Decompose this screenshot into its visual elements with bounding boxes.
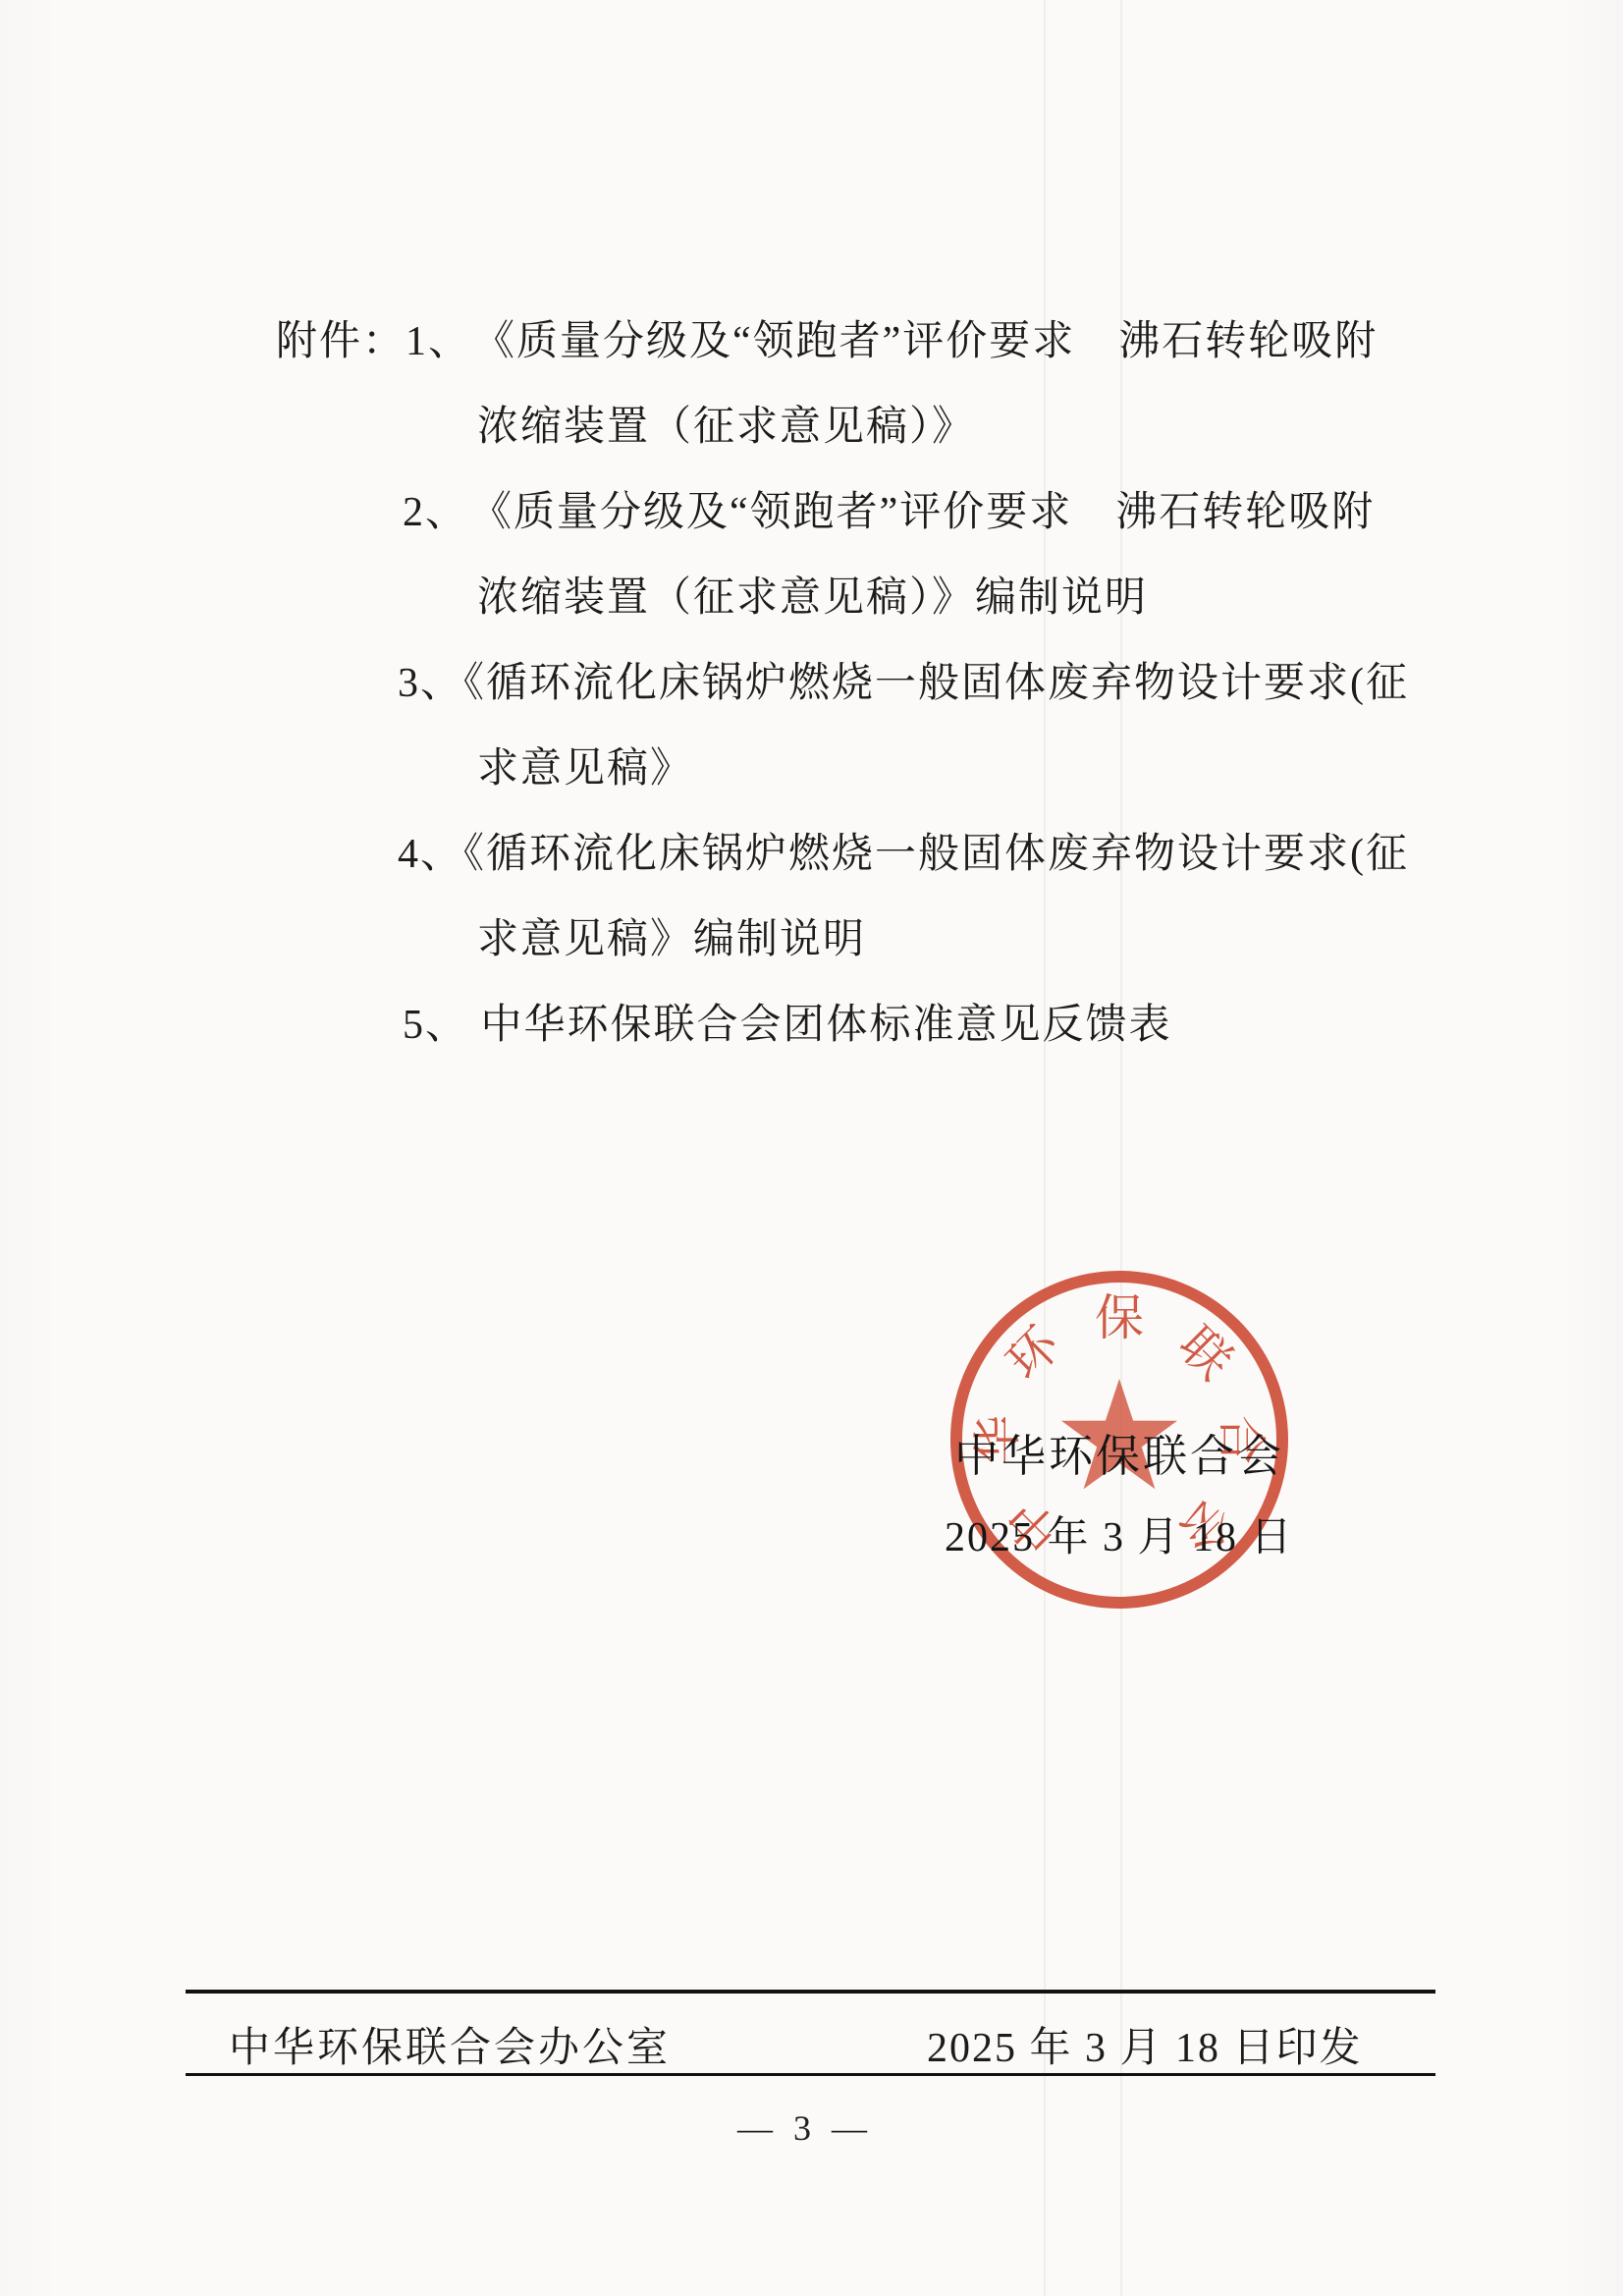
document-page: 附件：1、 《质量分级及“领跑者”评价要求 沸石转轮吸附 浓缩装置（征求意见稿）… [0,0,1623,2296]
attachment-line: 5、 中华环保联合会团体标准意见反馈表 [403,1005,1172,1046]
attachment-line: 2、 《质量分级及“领跑者”评价要求 沸石转轮吸附 [403,492,1375,533]
footer-rule-bottom [186,2073,1435,2076]
attachment-line: 求意见稿》编制说明 [477,919,866,960]
footer-rule-top [186,1990,1435,1994]
footer-issue-date: 2025 年 3 月 18 日印发 [927,2015,1363,2074]
attachment-line: 求意见稿》 [477,748,693,790]
attachment-line: 浓缩装置（征求意见稿）》编制说明 [477,577,1148,619]
signature-date: 2025 年 3 月 18 日 [945,1504,1294,1563]
attachment-line: 4、《循环流化床锅炉燃烧一般固体废弃物设计要求(征 [398,834,1409,875]
attachment-line: 附件：1、 《质量分级及“领跑者”评价要求 沸石转轮吸附 [276,321,1378,362]
footer-office: 中华环保联合会办公室 [229,2015,671,2074]
page-number: — 3 — [687,2107,923,2149]
seal-arc-char: 保 [1095,1290,1144,1345]
attachment-line: 浓缩装置（征求意见稿）》 [477,407,975,448]
attachment-line: 3、《循环流化床锅炉燃烧一般固体废弃物设计要求(征 [398,663,1409,704]
signature-organization: 中华环保联合会 [954,1420,1284,1484]
